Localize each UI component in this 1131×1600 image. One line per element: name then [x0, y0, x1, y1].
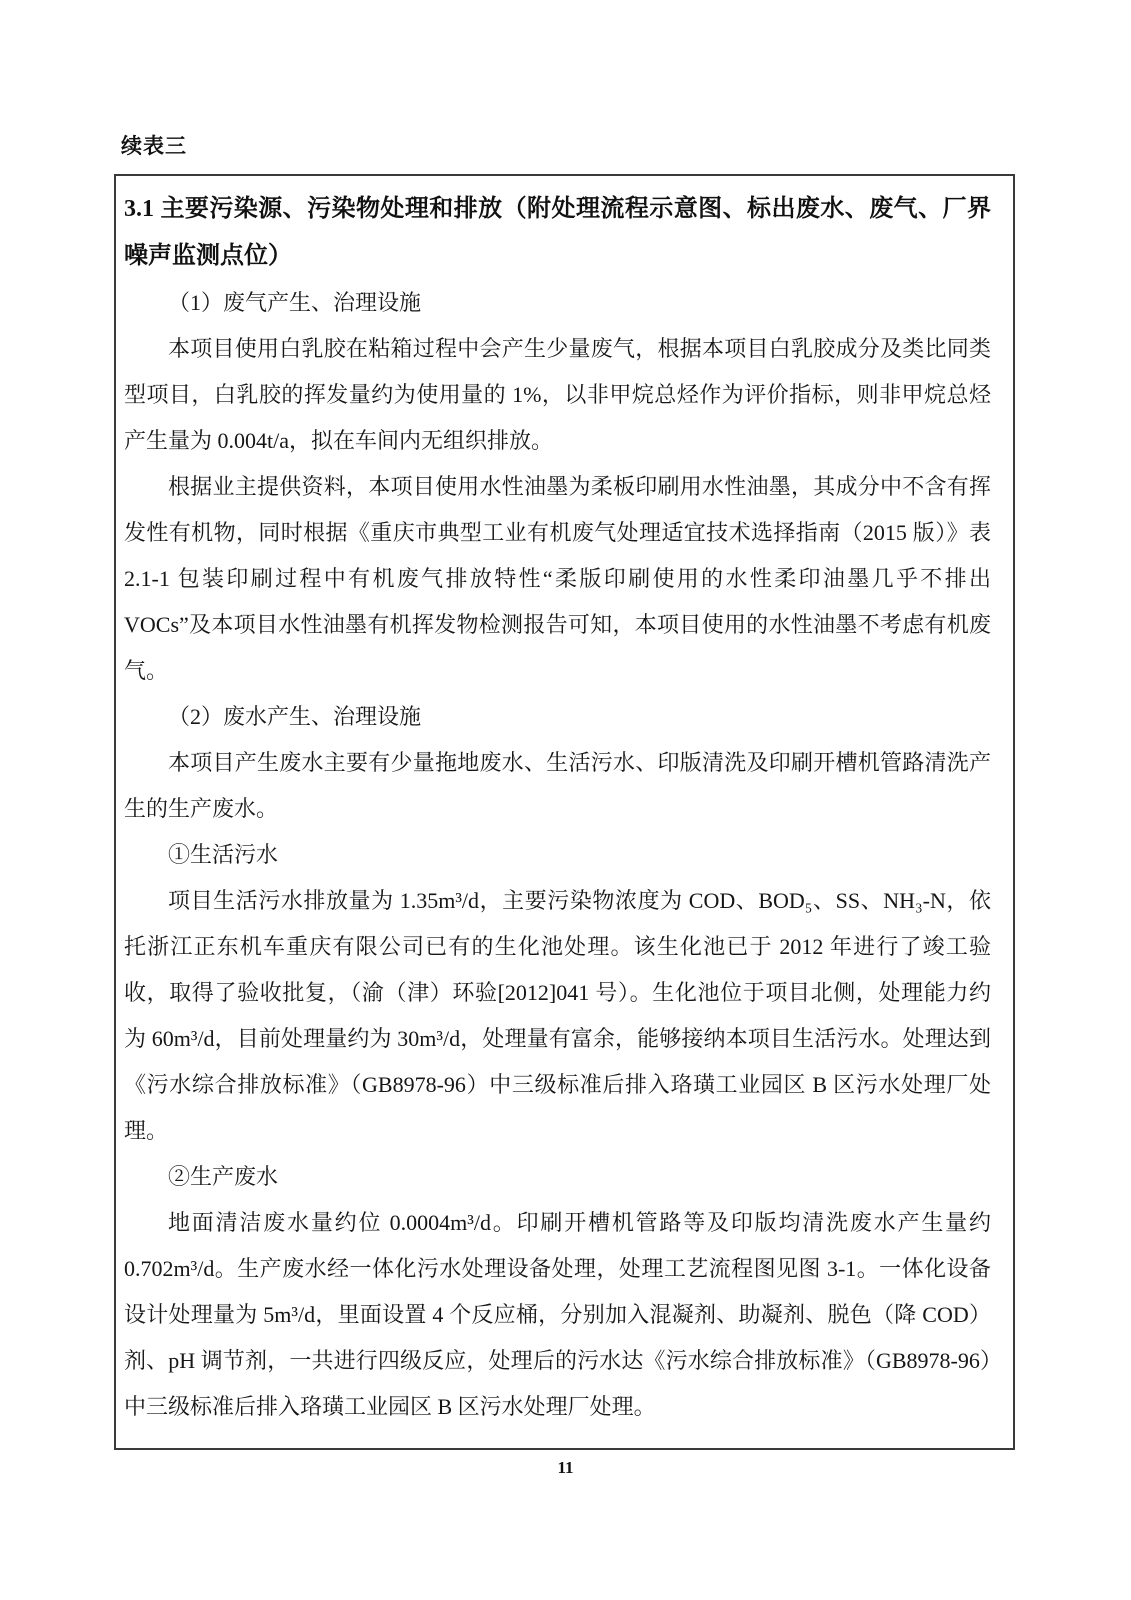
paragraph-domestic-sewage-heading: ①生活污水 [124, 832, 991, 878]
paragraph-wastewater-overview: 本项目产生废水主要有少量拖地废水、生活污水、印版清洗及印刷开槽机管路清洗产生的生… [124, 740, 991, 832]
section-title: 3.1 主要污染源、污染物处理和排放（附处理流程示意图、标出废水、废气、厂界噪声… [124, 186, 991, 280]
paragraph-waste-gas-ink: 根据业主提供资料，本项目使用水性油墨为柔板印刷用水性油墨，其成分中不含有挥发性有… [124, 464, 991, 694]
paragraph-production-wastewater-heading: ②生产废水 [124, 1154, 991, 1200]
continuation-table-label: 续表三 [121, 130, 187, 160]
page-number: 11 [0, 1458, 1131, 1478]
paragraph-wastewater-heading: （2）废水产生、治理设施 [124, 694, 991, 740]
report-table-cell: 3.1 主要污染源、污染物处理和排放（附处理流程示意图、标出废水、废气、厂界噪声… [116, 176, 1013, 1430]
report-table-border: 3.1 主要污染源、污染物处理和排放（附处理流程示意图、标出废水、废气、厂界噪声… [114, 174, 1015, 1450]
paragraph-waste-gas-glue: 本项目使用白乳胶在粘箱过程中会产生少量废气，根据本项目白乳胶成分及类比同类型项目… [124, 326, 991, 464]
document-page: 续表三 3.1 主要污染源、污染物处理和排放（附处理流程示意图、标出废水、废气、… [0, 0, 1131, 1600]
paragraph-production-wastewater-detail: 地面清洁废水量约位 0.0004m³/d。印刷开槽机管路等及印版均清洗废水产生量… [124, 1200, 991, 1430]
paragraph-waste-gas-heading: （1）废气产生、治理设施 [124, 280, 991, 326]
paragraph-domestic-sewage-detail: 项目生活污水排放量为 1.35m³/d，主要污染物浓度为 COD、BOD₅、SS… [124, 878, 991, 1154]
